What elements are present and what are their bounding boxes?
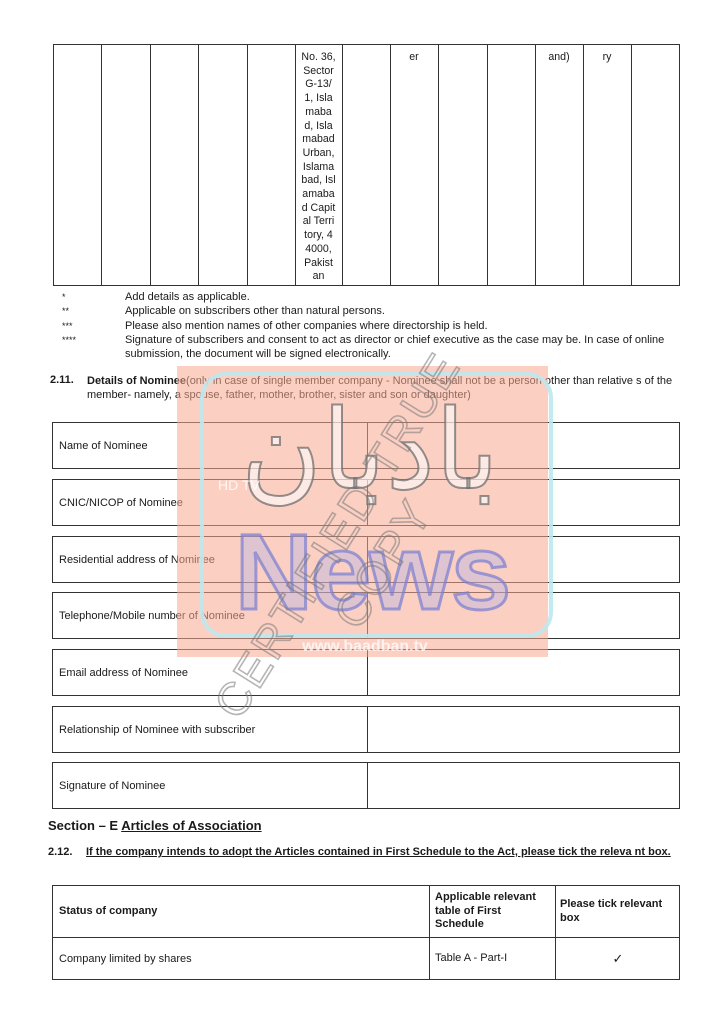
header-status: Status of company [59, 886, 419, 937]
address-line: Sector [295, 65, 342, 79]
nominee-address-row: Residential address of Nominee [52, 536, 680, 583]
tick-checkbox[interactable]: ✓ [556, 938, 680, 980]
column-divider [342, 45, 343, 285]
nominee-relationship-row: Relationship of Nominee with subscriber [52, 706, 680, 753]
column-divider [535, 45, 536, 285]
cell-text: and) [535, 51, 583, 65]
address-line: al Terri [295, 215, 342, 229]
divider [367, 480, 368, 525]
field-label: Signature of Nominee [59, 763, 165, 808]
field-label: Residential address of Nominee [59, 537, 215, 582]
section-title: Articles of Association [121, 818, 261, 833]
column-divider [583, 45, 584, 285]
row-schedule-table: Table A - Part-I [435, 938, 551, 978]
footnote-text: Signature of subscribers and consent to … [125, 333, 685, 362]
address-line: tory, 4 [295, 229, 342, 243]
nominee-name-row: Name of Nominee [52, 422, 680, 469]
cell-text: er [390, 51, 438, 65]
row-status: Company limited by shares [59, 938, 419, 980]
column-divider [390, 45, 391, 285]
nominee-signature-field[interactable] [373, 763, 673, 808]
address-line: maba [295, 106, 342, 120]
question-number: 2.12. [48, 846, 72, 858]
field-label: Relationship of Nominee with subscriber [59, 707, 255, 752]
footnote-mark: **** [62, 335, 76, 345]
address-line: amaba [295, 188, 342, 202]
nominee-cnic-row: CNIC/NICOP of Nominee [52, 479, 680, 526]
nominee-email-row: Email address of Nominee [52, 649, 680, 696]
field-label: Name of Nominee [59, 423, 148, 468]
address-line: an [295, 270, 342, 284]
subscriber-table: No. 36,SectorG-13/1, Islamabad, Islamaba… [53, 44, 680, 286]
cell-text: ry [583, 51, 631, 65]
address-line: Urban, [295, 147, 342, 161]
divider [367, 650, 368, 695]
column-divider [101, 45, 102, 285]
footnote-text: Applicable on subscribers other than nat… [125, 304, 685, 318]
address-cell: No. 36,SectorG-13/1, Islamabad, Islamaba… [295, 51, 342, 284]
column-divider [631, 45, 632, 285]
section-e-heading: Section – E Articles of Association [48, 818, 262, 833]
header-schedule-table: Applicable relevant table of First Sched… [435, 886, 551, 937]
address-line: 4000, [295, 243, 342, 257]
address-line: G-13/ [295, 78, 342, 92]
divider [367, 593, 368, 638]
column-divider [247, 45, 248, 285]
nominee-email-field[interactable] [373, 650, 673, 695]
divider [367, 707, 368, 752]
nominee-address-field[interactable] [373, 537, 673, 582]
address-line: d, Isla [295, 120, 342, 134]
nominee-name-field[interactable] [373, 423, 673, 468]
nominee-section-heading: Details of Nominee(only in case of singl… [87, 374, 682, 402]
articles-table: Status of company Applicable relevant ta… [52, 885, 680, 980]
divider [367, 423, 368, 468]
nominee-phone-row: Telephone/Mobile number of Nominee [52, 592, 680, 639]
divider [367, 763, 368, 808]
footnote-text: Please also mention names of other compa… [125, 319, 685, 333]
nominee-cnic-field[interactable] [373, 480, 673, 525]
address-line: mabad [295, 133, 342, 147]
column-divider [150, 45, 151, 285]
field-label: Telephone/Mobile number of Nominee [59, 593, 245, 638]
nominee-signature-row: Signature of Nominee [52, 762, 680, 809]
address-line: bad, Isl [295, 174, 342, 188]
footnote-mark: * [62, 292, 66, 302]
footnote-text: Add details as applicable. [125, 290, 685, 304]
footnote-mark: ** [62, 306, 69, 316]
address-line: 1, Isla [295, 92, 342, 106]
field-label: Email address of Nominee [59, 650, 188, 695]
address-line: Pakist [295, 257, 342, 271]
column-divider [438, 45, 439, 285]
nominee-section-title: Details of Nominee [87, 375, 186, 387]
address-line: Islama [295, 161, 342, 175]
section-number: 2.11. [50, 374, 74, 386]
column-divider [429, 886, 430, 979]
nominee-relationship-field[interactable] [373, 707, 673, 752]
column-divider [198, 45, 199, 285]
nominee-phone-field[interactable] [373, 593, 673, 638]
address-line: d Capit [295, 202, 342, 216]
field-label: CNIC/NICOP of Nominee [59, 480, 183, 525]
header-tick: Please tick relevant box [560, 886, 676, 937]
column-divider [487, 45, 488, 285]
address-line: No. 36, [295, 51, 342, 65]
section-prefix: Section – E [48, 818, 121, 833]
question-text: If the company intends to adopt the Arti… [86, 846, 684, 860]
divider [367, 537, 368, 582]
footnote-mark: *** [62, 321, 73, 331]
